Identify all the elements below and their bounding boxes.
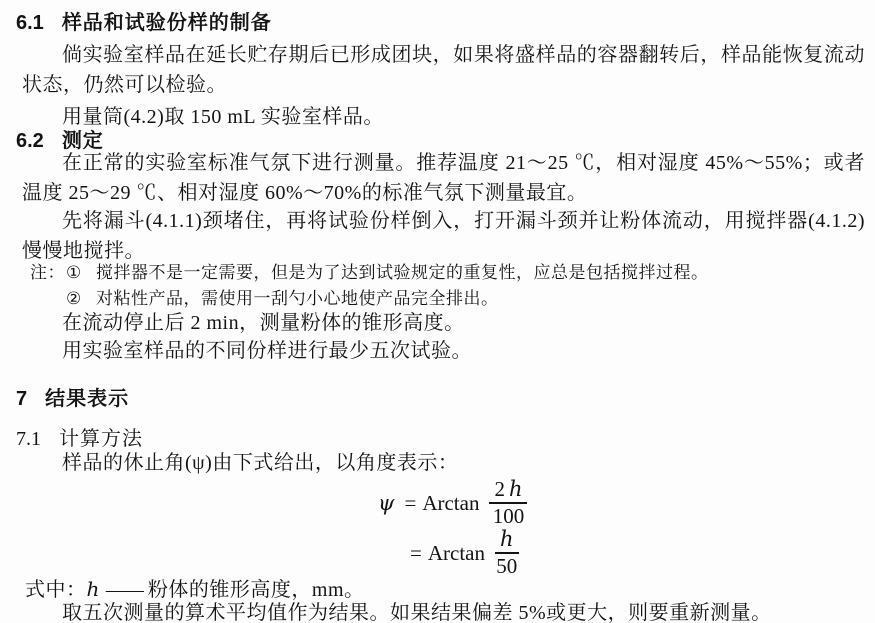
clause-7-1-number: 7.1 — [16, 428, 41, 450]
paragraph-cone-height: 在流动停止后 2 min，测量粉体的锥形高度。 — [22, 308, 865, 338]
numerator-variable-h: h — [500, 527, 514, 551]
denominator-100: 100 — [493, 504, 525, 528]
clause-6-1-heading: 6.1样品和试验份样的制备 — [16, 6, 865, 35]
fraction-h-over-50: h 50 — [495, 528, 519, 578]
equals-sign: = — [404, 491, 416, 516]
standard-document-page: 6.1样品和试验份样的制备 倘实验室样品在延长贮存期后已形成团块，如果将盛样品的… — [0, 0, 875, 623]
note-item-1: 注： ① 搅拌器不是一定需要，但是为了达到试验规定的重复性，应总是包括搅拌过程。 — [30, 260, 865, 286]
denominator-50: 50 — [496, 554, 517, 578]
numerator-coefficient: 2 — [494, 477, 505, 501]
note-block: 注： ① 搅拌器不是一定需要，但是为了达到试验规定的重复性，应总是包括搅拌过程。… — [30, 260, 865, 312]
clause-7-1-title: 计算方法 — [59, 428, 143, 450]
paragraph-five-tests: 用实验室样品的不同份样进行最少五次试验。 — [22, 336, 865, 366]
clause-7-heading: 7结果表示 — [16, 382, 865, 411]
formula-line-2: = Arctan h 50 — [410, 528, 519, 578]
psi-symbol: ψ — [378, 491, 394, 515]
paragraph-funnel-procedure: 先将漏斗(4.1.1)颈堵住，再将试验份样倒入，打开漏斗颈并让粉体流动，用搅拌器… — [22, 206, 865, 266]
clause-7-1-heading: 7.1计算方法 — [16, 422, 865, 451]
equals-sign: = — [410, 541, 422, 566]
clause-6-1-title: 样品和试验份样的制备 — [62, 12, 272, 34]
paragraph-arithmetic-mean: 取五次测量的算术平均值作为结果。如果结果偏差 5%或更大，则要重新测量。 — [22, 598, 865, 623]
note-item-1-text: 搅拌器不是一定需要，但是为了达到试验规定的重复性，应总是包括搅拌过程。 — [96, 260, 865, 286]
paragraph-sample-clumping: 倘实验室样品在延长贮存期后已形成团块，如果将盛样品的容器翻转后，样品能恢复流动状… — [22, 40, 865, 100]
arctan-function: Arctan — [422, 491, 479, 516]
arctan-function: Arctan — [428, 541, 485, 566]
clause-7-number: 7 — [16, 388, 27, 410]
numerator-variable-h: h — [509, 477, 523, 501]
formula-line-1: ψ = Arctan 2h 100 — [378, 478, 527, 528]
note-label: 注： — [30, 260, 66, 286]
note-item-1-marker: ① — [66, 260, 96, 286]
fraction-2h-over-100: 2h 100 — [489, 478, 527, 528]
paragraph-repose-angle-intro: 样品的休止角(ψ)由下式给出，以角度表示： — [22, 448, 865, 478]
paragraph-atmosphere-conditions: 在正常的实验室标准气氛下进行测量。推荐温度 21～25 ℃，相对湿度 45%～5… — [22, 148, 865, 208]
clause-7-title: 结果表示 — [45, 388, 129, 410]
clause-6-1-number: 6.1 — [16, 12, 44, 34]
